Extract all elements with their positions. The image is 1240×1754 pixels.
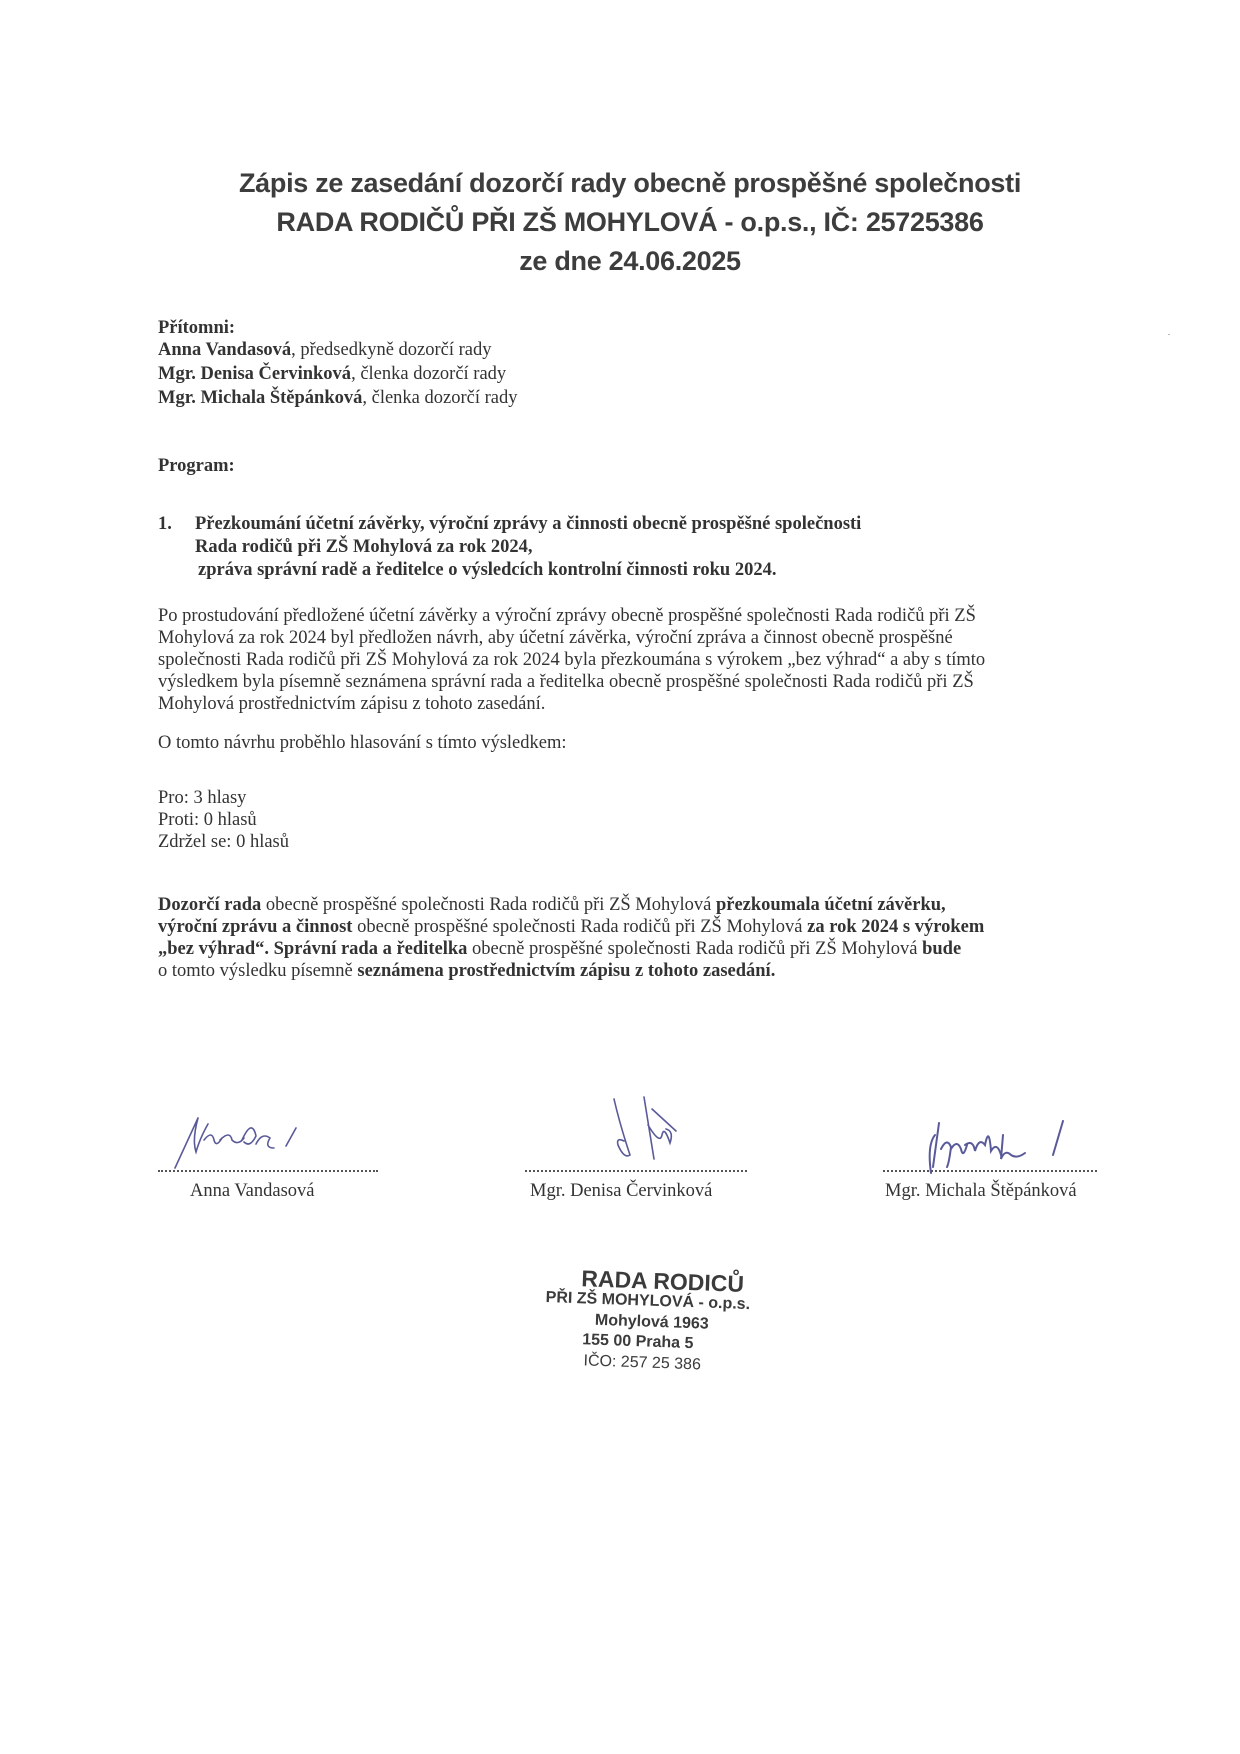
program-item-line-3: zpráva správní radě a ředitelce o výsled… <box>198 560 776 581</box>
attendee-role: , předsedkyně dozorčí rady <box>291 340 491 360</box>
conclusion-line: výroční zprávu a činnost obecně prospěšn… <box>158 917 984 938</box>
paragraph-line: Po prostudování předložené účetní závěrk… <box>158 606 976 627</box>
title-line-3: ze dne 24.06.2025 <box>170 246 1090 277</box>
paragraph-line: Mohylová za rok 2024 byl předložen návrh… <box>158 628 953 649</box>
signatory-name-3: Mgr. Michala Štěpánková <box>885 1181 1077 1202</box>
signature-line-2 <box>525 1170 747 1172</box>
paragraph-line: Mohylová prostřednictvím zápisu z tohoto… <box>158 694 545 715</box>
program-item-number: 1. <box>158 514 172 535</box>
attendee-name: Mgr. Denisa Červinková <box>158 364 351 384</box>
bold-run: „bez výhrad“. Správní rada a ředitelka <box>158 939 467 959</box>
bold-run: výroční zprávu a činnost <box>158 917 352 937</box>
text-run: o tomto výsledku písemně <box>158 961 357 981</box>
vote-intro: O tomto návrhu proběhlo hlasování s tímt… <box>158 733 567 754</box>
attendee-role: , členka dozorčí rady <box>351 364 506 384</box>
text-run: obecně prospěšné společnosti Rada rodičů… <box>261 895 716 915</box>
conclusion-line: „bez výhrad“. Správní rada a ředitelka o… <box>158 939 961 960</box>
title-line-1: Zápis ze zasedání dozorčí rady obecně pr… <box>170 168 1090 199</box>
signature-denisa-cervinkova <box>600 1095 720 1170</box>
paragraph-line: výsledkem byla písemně seznámena správní… <box>158 672 974 693</box>
stamp-line-3: Mohylová 1963 <box>595 1312 709 1334</box>
bold-run: přezkoumala účetní závěrku, <box>716 895 946 915</box>
bold-run: bude <box>922 939 961 959</box>
signature-line-3 <box>883 1170 1097 1172</box>
attendee-1: Anna Vandasová, předsedkyně dozorčí rady <box>158 340 492 361</box>
stamp-line-4: 155 00 Praha 5 <box>582 1331 694 1353</box>
bold-run: Dozorčí rada <box>158 895 261 915</box>
program-heading: Program: <box>158 456 235 477</box>
bold-run: seznámena prostřednictvím zápisu z tohot… <box>357 961 775 981</box>
program-item-line-1: Přezkoumání účetní závěrky, výroční zprá… <box>195 514 861 535</box>
title-line-2: RADA RODIČŮ PŘI ZŠ MOHYLOVÁ - o.p.s., IČ… <box>170 207 1090 238</box>
document-title: Zápis ze zasedání dozorčí rady obecně pr… <box>170 0 1090 300</box>
attendee-name: Mgr. Michala Štěpánková <box>158 388 362 408</box>
attendees-heading: Přítomni: <box>158 318 235 339</box>
text-run: obecně prospěšné společnosti Rada rodičů… <box>352 917 807 937</box>
bold-run: za rok 2024 s výrokem <box>807 917 984 937</box>
attendee-2: Mgr. Denisa Červinková, členka dozorčí r… <box>158 364 506 385</box>
signature-line-1 <box>158 1170 378 1172</box>
signatory-name-1: Anna Vandasová <box>190 1181 315 1202</box>
signature-michala-stepankova <box>925 1115 1085 1175</box>
vote-for: Pro: 3 hlasy <box>158 788 246 809</box>
attendee-name: Anna Vandasová <box>158 340 291 360</box>
signatory-name-2: Mgr. Denisa Červinková <box>530 1181 712 1202</box>
scan-speck <box>1168 334 1170 335</box>
paragraph-line: společnosti Rada rodičů při ZŠ Mohylová … <box>158 650 985 671</box>
attendee-role: , členka dozorčí rady <box>362 388 517 408</box>
vote-against: Proti: 0 hlasů <box>158 810 257 831</box>
conclusion-line: Dozorčí rada obecně prospěšné společnost… <box>158 895 946 916</box>
attendee-3: Mgr. Michala Štěpánková, členka dozorčí … <box>158 388 518 409</box>
vote-abstain: Zdržel se: 0 hlasů <box>158 832 289 853</box>
text-run: obecně prospěšné společnosti Rada rodičů… <box>467 939 922 959</box>
stamp-line-5: IČO: 257 25 386 <box>583 1352 701 1374</box>
conclusion-line: o tomto výsledku písemně seznámena prost… <box>158 961 775 982</box>
program-item-line-2: Rada rodičů při ZŠ Mohylová za rok 2024, <box>195 537 533 558</box>
signature-anna-vandasova <box>170 1110 370 1170</box>
